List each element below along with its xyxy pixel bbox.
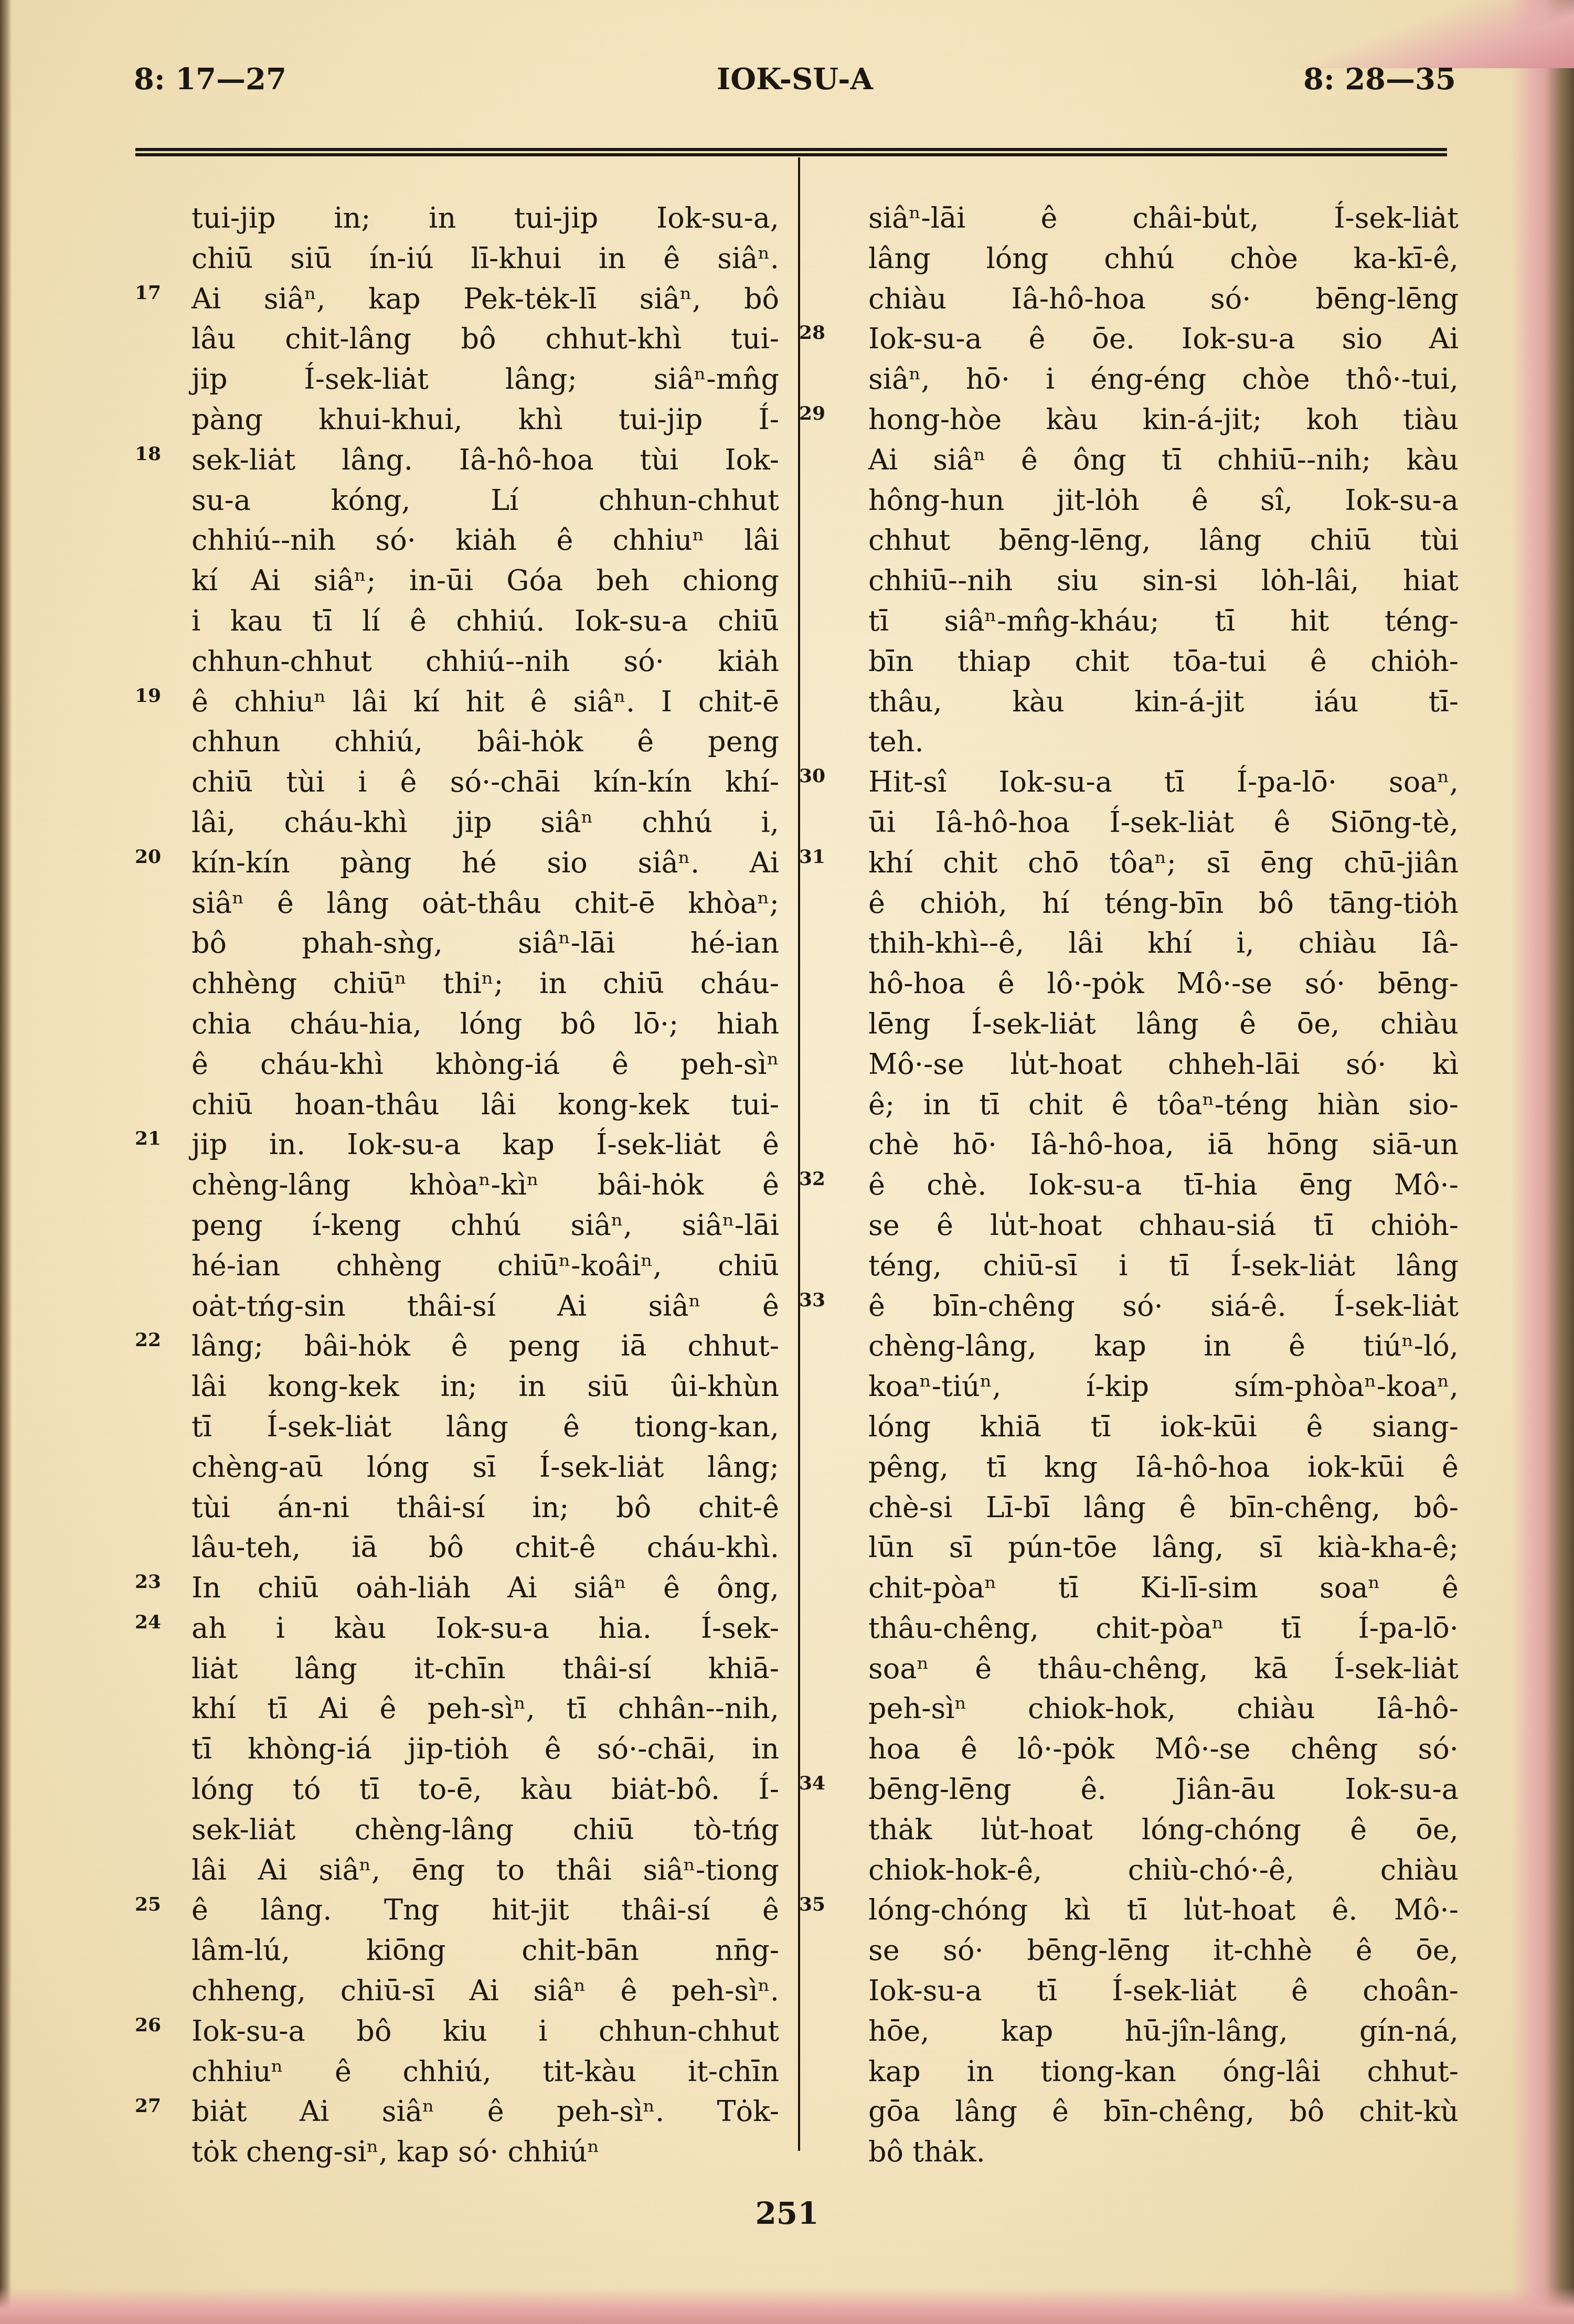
text-line: liȧt lâng it-chīn thâi-sí khiā- [192, 1649, 779, 1689]
text-line: sek-liȧt lâng. Iâ-hô-hoa tùi Iok- [192, 440, 779, 481]
verse-number: 17 [135, 283, 161, 302]
verse-number: 26 [135, 2016, 161, 2034]
verse-number: 33 [799, 1291, 825, 1309]
verse-number: 21 [135, 1129, 161, 1148]
verse-number: 25 [135, 1895, 161, 1914]
text-line: su-a kóng, Lí chhun-chhut [192, 481, 779, 521]
text-line: kap in tiong-kan óng-lâi chhut- [868, 2052, 1459, 2092]
text-line: i kau tī lí ê chhiú. Iok-su-a chiū [192, 601, 779, 642]
left-text-column: tui-jip in; in tui-jip Iok-su-a,chiū siū… [192, 198, 779, 2172]
text-line: ê; in tī chit ê tôaⁿ-téng hiàn sio- [868, 1085, 1459, 1125]
text-line: chiū tùi i ê só·-chāi kín-kín khí- [192, 762, 779, 803]
text-line: lūn sī pún-tōe lâng, sī kià-kha-ê; [868, 1528, 1459, 1568]
book-page: 8: 17—27 IOK-SU-A 8: 28—35 tui-jip in; i… [0, 0, 1574, 2324]
book-spine-shadow [0, 0, 12, 2324]
text-line: se só· bēng-lēng it-chhè ê ōe, [868, 1931, 1459, 1971]
text-line: chiok-hok-ê, chiù-chó·-ê, chiàu [868, 1850, 1459, 1891]
text-line: ê cháu-khì khòng-iá ê peh-sìⁿ [192, 1044, 779, 1085]
text-line: ah i kàu Iok-su-a hia. Í-sek- [192, 1608, 779, 1649]
text-line: lóng tó tī to-ē, kàu biȧt-bô. Í- [192, 1769, 779, 1810]
text-line: lâng lóng chhú chòe ka-kī-ê, [868, 239, 1459, 279]
text-line: hô-hoa ê lô·-pȯk Mô·-se só· bēng- [868, 964, 1459, 1004]
text-line: biȧt Ai siâⁿ ê peh-sìⁿ. Tȯk- [192, 2092, 779, 2132]
text-line: siâⁿ ê lâng oȧt-thâu chit-ē khòaⁿ; [192, 883, 779, 924]
verse-number: 23 [135, 1572, 161, 1591]
text-line: chheng, chiū-sī Ai siâⁿ ê peh-sìⁿ. [192, 1971, 779, 2011]
header-right-reference: 8: 28—35 [1303, 62, 1456, 97]
text-line: Ai siâⁿ ê ông tī chhiū--nih; kàu [868, 440, 1459, 481]
text-line: chhiú--nih só· kiȧh ê chhiuⁿ lâi [192, 520, 779, 561]
text-line: kín-kín pàng hé sio siâⁿ. Ai [192, 843, 779, 883]
corner-stain [1280, 0, 1574, 68]
text-line: thȧk lu̍t-hoat lóng-chóng ê ōe, [868, 1810, 1459, 1850]
text-line: bīn thiap chit tōa-tui ê chiȯh- [868, 642, 1459, 682]
text-line: lâi Ai siâⁿ, ēng to thâi siâⁿ-tiong [192, 1850, 779, 1891]
text-line: chè-si Lī-bī lâng ê bīn-chêng, bô- [868, 1488, 1459, 1528]
text-line: lâi, cháu-khì jip siâⁿ chhú i, [192, 803, 779, 843]
text-line: hong-hòe kàu kin-á-jit; koh tiàu [868, 400, 1459, 440]
text-line: bô thȧk. [868, 2132, 1459, 2172]
text-line: gōa lâng ê bīn-chêng, bô chit-kù [868, 2092, 1459, 2132]
text-line: teh. [868, 722, 1459, 762]
text-line: lóng-chóng kì tī lu̍t-hoat ê. Mô·- [868, 1890, 1459, 1931]
text-line: ê chiȯh, hí téng-bīn bô tāng-tiȯh [868, 883, 1459, 924]
text-line: lēng Í-sek-liȧt lâng ê ōe, chiàu [868, 1004, 1459, 1044]
text-line: khí chit chō tôaⁿ; sī ēng chū-jiân [868, 843, 1459, 883]
text-line: peng í-keng chhú siâⁿ, siâⁿ-lāi [192, 1206, 779, 1246]
text-line: thâu-chêng, chit-pòaⁿ tī Í-pa-lō· [868, 1608, 1459, 1649]
text-line: chhun-chhut chhiú--nih só· kiȧh [192, 642, 779, 682]
text-line: chiàu Iâ-hô-hoa só· bēng-lēng [868, 279, 1459, 319]
verse-number: 18 [135, 444, 161, 463]
text-line: thâu, kàu kin-á-jit iáu tī- [868, 682, 1459, 722]
text-line: oȧt-tńg-sin thâi-sí Ai siâⁿ ê [192, 1286, 779, 1327]
text-line: chia cháu-hia, lóng bô lō·; hiah [192, 1004, 779, 1044]
text-line: ê bīn-chêng só· siá-ê. Í-sek-liȧt [868, 1286, 1459, 1327]
text-line: khí tī Ai ê peh-sìⁿ, tī chhân--nih, [192, 1689, 779, 1729]
text-line: tī Í-sek-liȧt lâng ê tiong-kan, [192, 1407, 779, 1447]
book-title: IOK-SU-A [134, 62, 1456, 97]
text-line: lâu-teh, iā bô chit-ê cháu-khì. [192, 1528, 779, 1568]
text-line: chèng-lâng khòaⁿ-kìⁿ bâi-hȯk ê [192, 1165, 779, 1206]
text-line: kí Ai siâⁿ; in-ūi Góa beh chiong [192, 561, 779, 601]
text-line: pêng, tī kng Iâ-hô-hoa iok-kūi ê [868, 1447, 1459, 1488]
text-line: Iok-su-a ê ōe. Iok-su-a sio Ai [868, 319, 1459, 359]
text-line: téng, chiū-sī i tī Í-sek-liȧt lâng [868, 1246, 1459, 1286]
text-line: ê chhiuⁿ lâi kí hit ê siâⁿ. I chit-ē [192, 682, 779, 722]
verse-number: 28 [799, 323, 825, 342]
text-line: ê lâng. Tng hit-jit thâi-sí ê [192, 1890, 779, 1931]
verse-number: 22 [135, 1330, 161, 1349]
verse-number: 32 [799, 1169, 825, 1188]
column-divider [798, 157, 800, 2151]
text-line: thih-khì--ê, lâi khí i, chiàu Iâ- [868, 923, 1459, 964]
verse-number: 35 [799, 1895, 825, 1914]
text-line: tùi án-ni thâi-sí in; bô chit-ê [192, 1488, 779, 1528]
page-number: 251 [0, 2195, 1574, 2231]
text-line: koaⁿ-tiúⁿ, í-kip sím-phòaⁿ-koaⁿ, [868, 1367, 1459, 1407]
text-line: se ê lu̍t-hoat chhau-siá tī chiȯh- [868, 1206, 1459, 1246]
text-line: chhiuⁿ ê chhiú, tit-kàu it-chīn [192, 2052, 779, 2092]
text-line: jip Í-sek-liȧt lâng; siâⁿ-mn̂g [192, 359, 779, 400]
text-line: hé-ian chhèng chiūⁿ-koâiⁿ, chiū [192, 1246, 779, 1286]
text-line: lâng; bâi-hȯk ê peng iā chhut- [192, 1326, 779, 1367]
text-line: chèng-aū lóng sī Í-sek-liȧt lâng; [192, 1447, 779, 1488]
text-line: siâⁿ-lāi ê châi-bu̍t, Í-sek-liȧt [868, 198, 1459, 239]
verse-number: 20 [135, 847, 161, 866]
header-double-rule [135, 148, 1447, 156]
text-line: Hit-sî Iok-su-a tī Í-pa-lō· soaⁿ, [868, 762, 1459, 803]
text-line: hông-hun jit-lȯh ê sî, Iok-su-a [868, 481, 1459, 521]
text-line: siâⁿ, hō· i éng-éng chòe thô·-tui, [868, 359, 1459, 400]
text-line: chit-pòaⁿ tī Ki-lī-sim soaⁿ ê [868, 1568, 1459, 1608]
text-line: chèng-lâng, kap in ê tiúⁿ-ló, [868, 1326, 1459, 1367]
text-line: jip in. Iok-su-a kap Í-sek-liȧt ê [192, 1125, 779, 1165]
text-line: Mô·-se lu̍t-hoat chheh-lāi só· kì [868, 1044, 1459, 1085]
text-line: sek-liȧt chèng-lâng chiū tò-tńg [192, 1810, 779, 1850]
text-line: tui-jip in; in tui-jip Iok-su-a, [192, 198, 779, 239]
verse-number: 24 [135, 1613, 161, 1632]
text-line: ê chè. Iok-su-a tī-hia ēng Mô·- [868, 1165, 1459, 1206]
text-line: chiū siū ín-iú lī-khui in ê siâⁿ. [192, 239, 779, 279]
verse-number: 31 [799, 847, 825, 866]
text-line: bô phah-sǹg, siâⁿ-lāi hé-ian [192, 923, 779, 964]
verse-number: 27 [135, 2096, 161, 2115]
text-line: lâm-lú, kiōng chit-bān nn̄g- [192, 1931, 779, 1971]
verse-number: 29 [799, 404, 825, 423]
text-line: ūi Iâ-hô-hoa Í-sek-liȧt ê Siōng-tè, [868, 803, 1459, 843]
text-line: bēng-lēng ê. Jiân-āu Iok-su-a [868, 1769, 1459, 1810]
text-line: chiū hoan-thâu lâi kong-kek tui- [192, 1085, 779, 1125]
text-line: Iok-su-a bô kiu i chhun-chhut [192, 2011, 779, 2052]
text-line: chhiū--nih siu sin-si lȯh-lâi, hiat [868, 561, 1459, 601]
text-line: lâi kong-kek in; in siū ûi-khùn [192, 1367, 779, 1407]
text-line: Iok-su-a tī Í-sek-liȧt ê choân- [868, 1971, 1459, 2011]
verse-number: 19 [135, 686, 161, 705]
text-line: soaⁿ ê thâu-chêng, kā Í-sek-liȧt [868, 1649, 1459, 1689]
text-line: pàng khui-khui, khì tui-jip Í- [192, 400, 779, 440]
text-line: tȯk cheng-siⁿ, kap só· chhiúⁿ [192, 2132, 779, 2172]
text-line: In chiū oȧh-liȧh Ai siâⁿ ê ông, [192, 1568, 779, 1608]
text-line: peh-sìⁿ chiok-hok, chiàu Iâ-hô- [868, 1689, 1459, 1729]
text-line: Ai siâⁿ, kap Pek-tėk-lī siâⁿ, bô [192, 279, 779, 319]
verse-number: 34 [799, 1774, 825, 1793]
text-line: tī siâⁿ-mn̂g-kháu; tī hit téng- [868, 601, 1459, 642]
bottom-edge-stain [0, 2287, 1574, 2324]
verse-number: 30 [799, 766, 825, 785]
text-line: chhun chhiú, bâi-hȯk ê peng [192, 722, 779, 762]
text-line: lóng khiā tī iok-kūi ê siang- [868, 1407, 1459, 1447]
right-text-column: siâⁿ-lāi ê châi-bu̍t, Í-sek-liȧtlâng lón… [868, 198, 1459, 2172]
text-line: chhèng chiūⁿ thiⁿ; in chiū cháu- [192, 964, 779, 1004]
text-line: tī khòng-iá jip-tiȯh ê só·-chāi, in [192, 1729, 779, 1769]
text-line: lâu chit-lâng bô chhut-khì tui- [192, 319, 779, 359]
text-line: chhut bēng-lēng, lâng chiū tùi [868, 520, 1459, 561]
text-line: chè hō· Iâ-hô-hoa, iā hōng siā-un [868, 1125, 1459, 1165]
page-edge-stain [1511, 0, 1574, 2324]
text-line: hoa ê lô·-pȯk Mô·-se chêng só· [868, 1729, 1459, 1769]
running-header: 8: 17—27 IOK-SU-A 8: 28—35 [134, 62, 1456, 104]
text-line: hōe, kap hū-jîn-lâng, gín-ná, [868, 2011, 1459, 2052]
